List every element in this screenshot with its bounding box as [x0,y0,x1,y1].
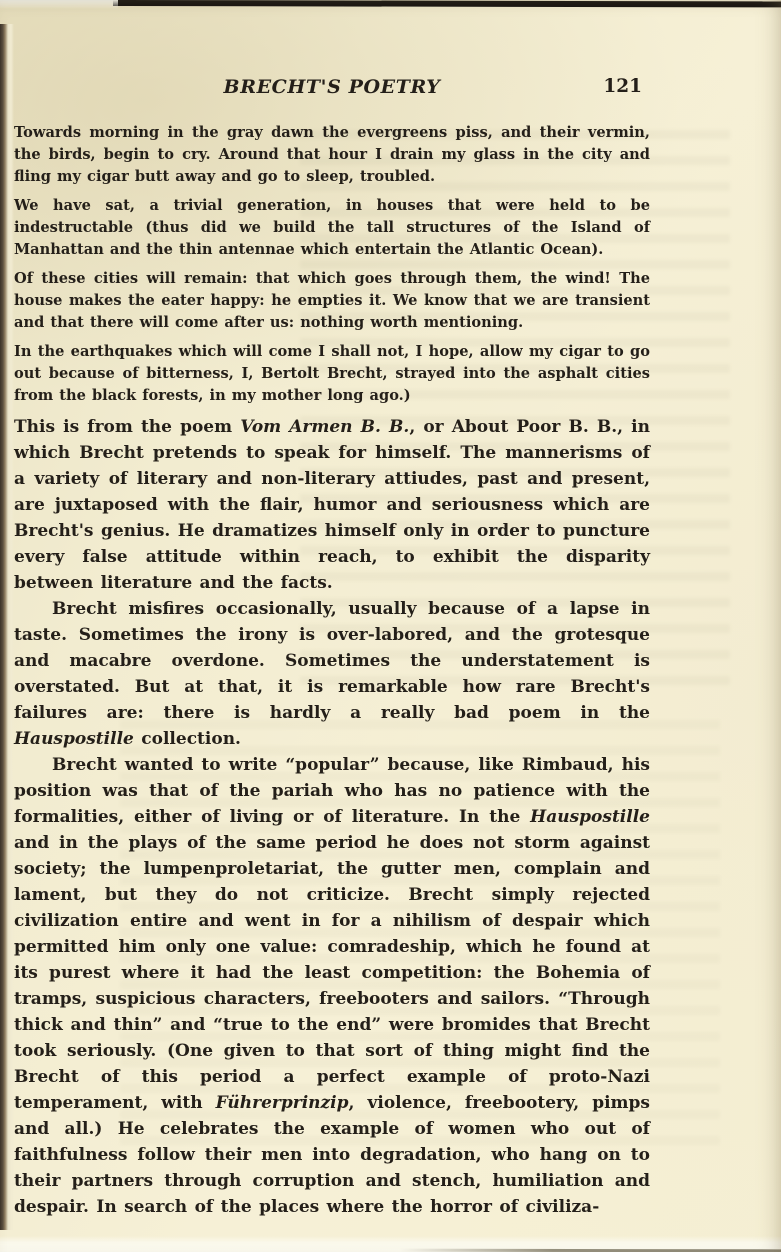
text-segment: and in the plays of the same period he d… [14,833,650,1113]
quote-paragraph: Of these cities will remain: that which … [14,268,650,334]
book-gutter-edge [0,24,14,1230]
text-segment: Brecht misfires occasionally, usually be… [14,599,650,723]
scanned-book-page: BRECHT'S POETRY 121 Towards morning in t… [0,0,781,1252]
page-content: BRECHT'S POETRY 121 Towards morning in t… [14,0,650,1220]
text-segment: collection. [134,729,241,749]
italic-text-segment: Hauspostille [530,807,650,827]
page-title: BRECHT'S POETRY [14,76,650,98]
quote-paragraph: In the earthquakes which will come I sha… [14,341,650,407]
italic-text-segment: Vom Armen B. B. [240,417,409,437]
quote-block: Towards morning in the gray dawn the eve… [14,122,650,407]
body-paragraph: This is from the poem Vom Armen B. B., o… [14,414,650,596]
running-header: BRECHT'S POETRY 121 [14,76,650,102]
italic-text-segment: Führerprinzip [216,1093,349,1113]
text-segment: , or About Poor B. B., in which Brecht p… [14,417,650,593]
body-paragraph: Brecht wanted to write “popular” because… [14,752,650,1220]
body-paragraph: Brecht misfires occasionally, usually be… [14,596,650,752]
text-segment: This is from the poem [14,417,240,437]
quote-paragraph: Towards morning in the gray dawn the eve… [14,122,650,188]
italic-text-segment: Hauspostille [14,729,134,749]
quote-paragraph: We have sat, a trivial generation, in ho… [14,195,650,261]
page-number: 121 [603,76,642,97]
body-text: This is from the poem Vom Armen B. B., o… [14,414,650,1220]
